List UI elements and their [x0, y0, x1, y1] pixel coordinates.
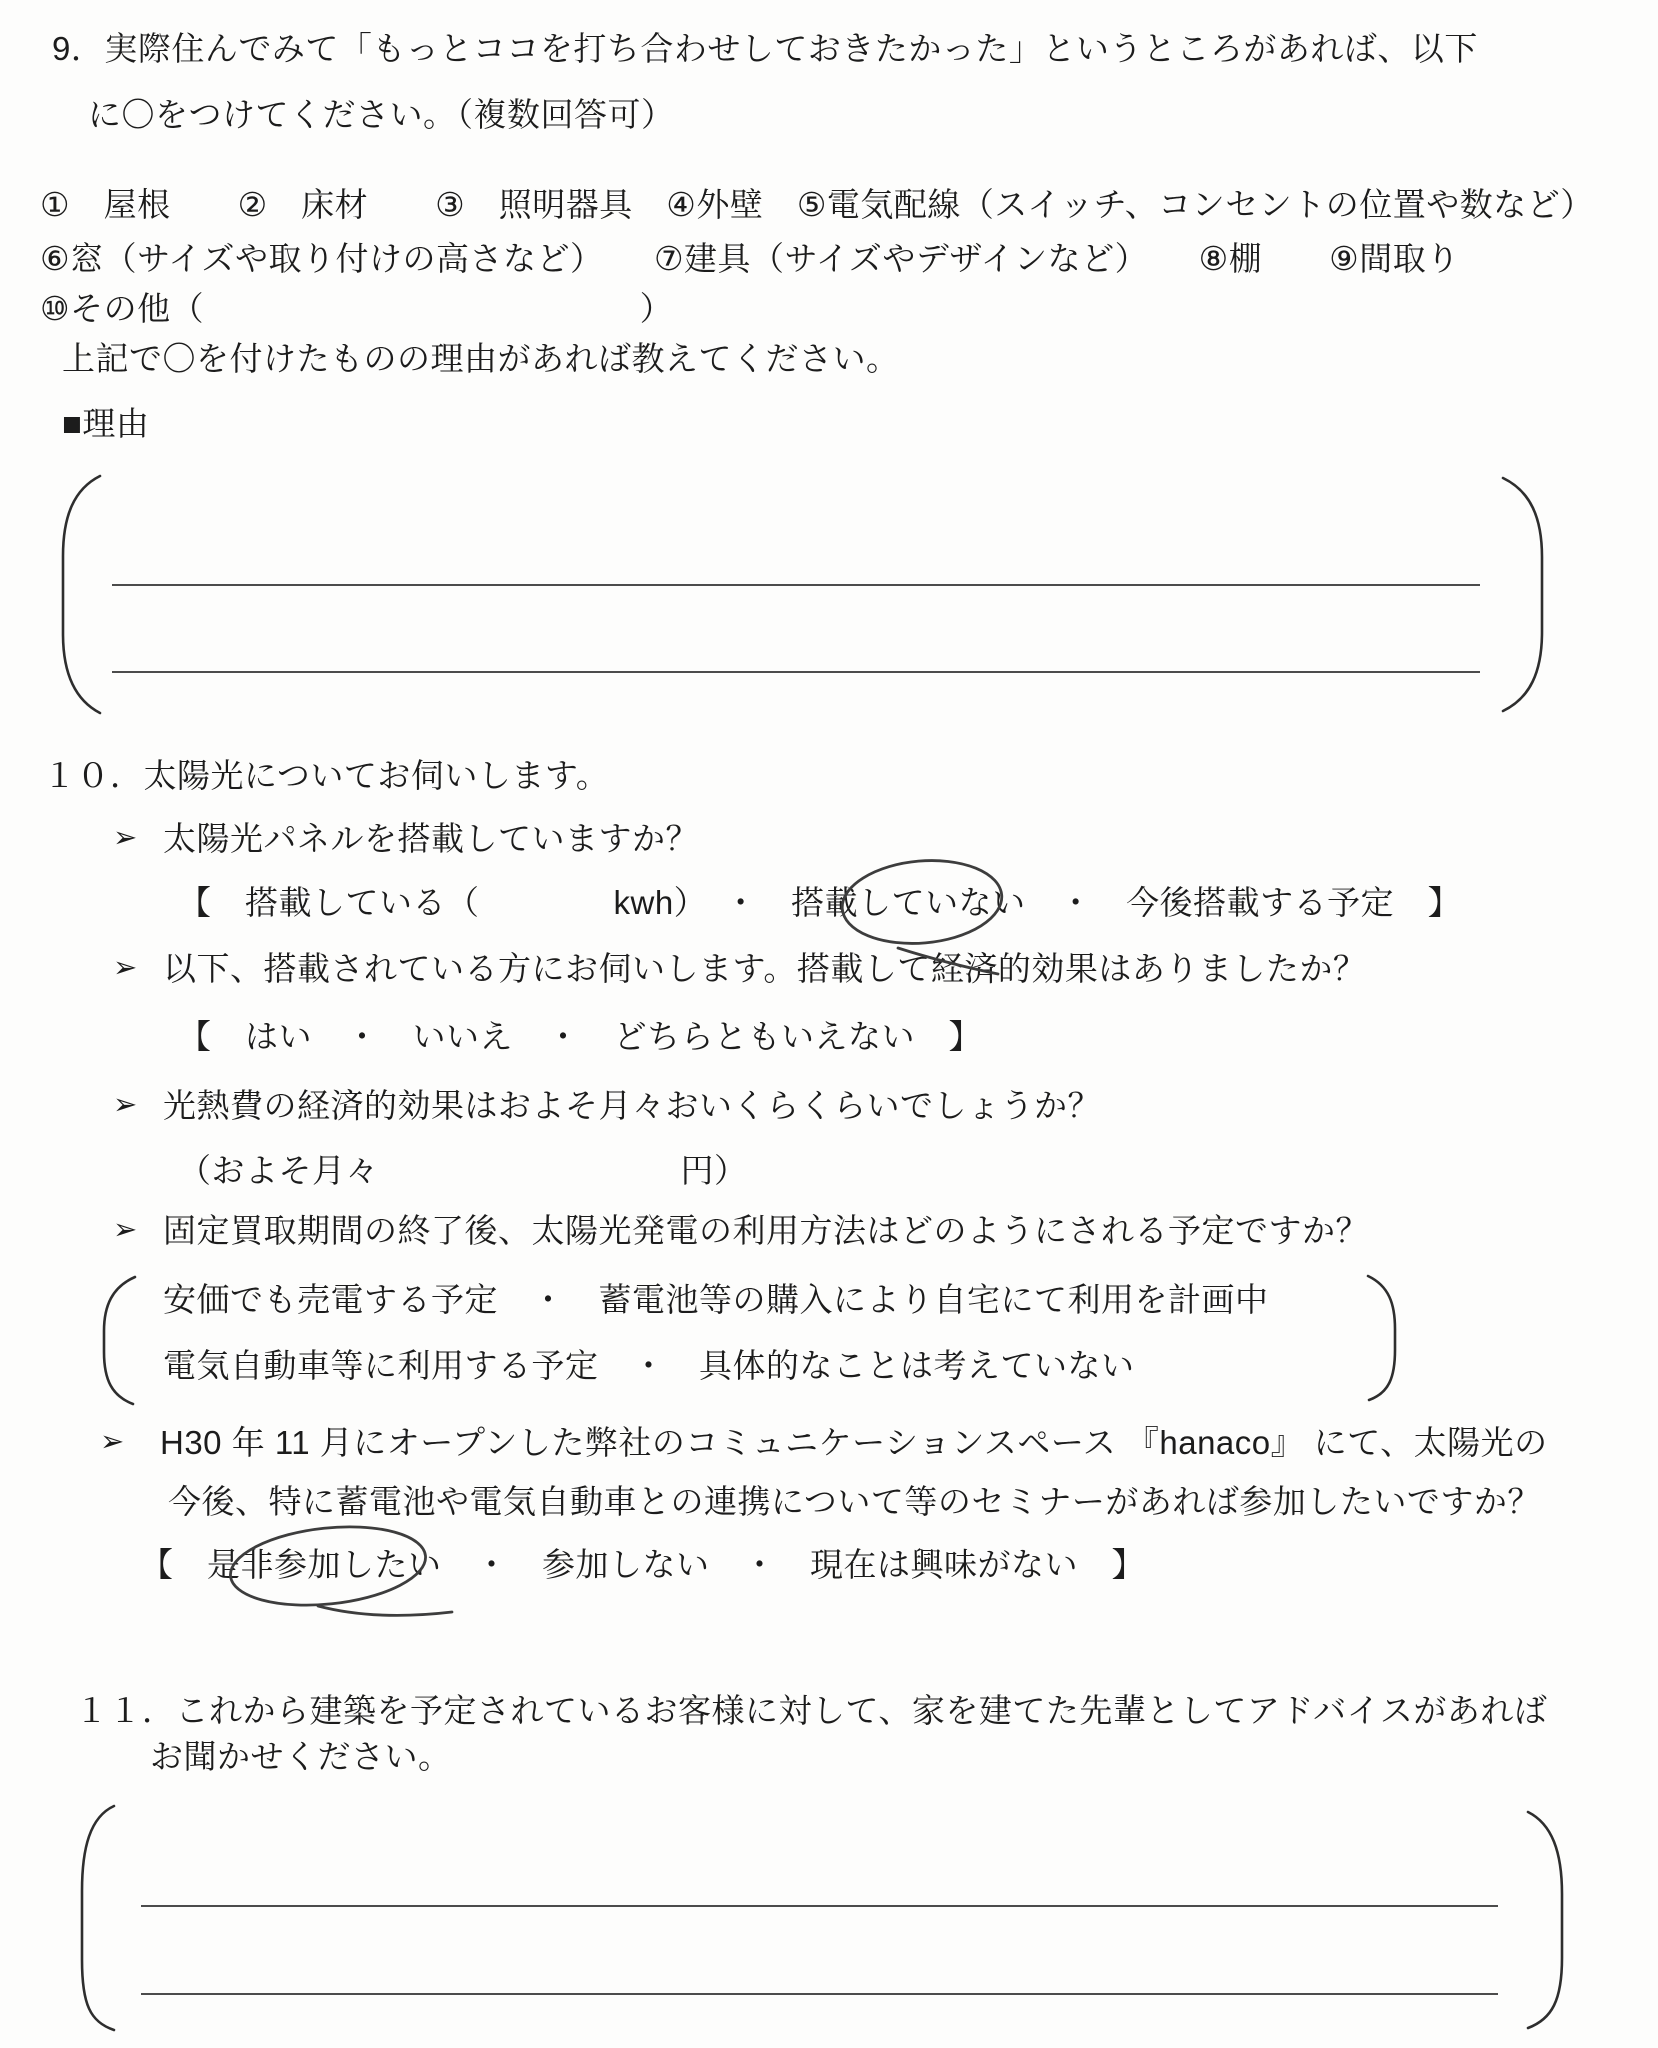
q11-title-line2: お聞かせください。 [150, 1738, 452, 1776]
q11-answer-writing-line-1 [141, 1905, 1498, 1907]
q9-answer-box-right-bracket [1503, 478, 1542, 711]
arrow-bullet-icon: ➢ [113, 824, 137, 853]
q11-answer-box-right-bracket [1528, 1812, 1562, 2028]
q9-options-line3-other: ⑩その他（ ） [40, 290, 673, 328]
q10-item1-question: 太陽光パネルを搭載していますか？ [163, 820, 699, 858]
q10-item4-question: 固定買取期間の終了後、太陽光発電の利用方法はどのようにされる予定ですか？ [163, 1212, 1369, 1250]
q10-item5-question-line2: 今後、特に蓄電池や電気自動車との連携について等のセミナーがあれば参加したいですか… [168, 1483, 1541, 1521]
q10-item5-question-line1: H30 年 11 月にオープンした弊社のコミュニケーションスペース 『hanac… [160, 1424, 1548, 1462]
q10-title: １０．太陽光についてお伺いします。 [43, 757, 609, 795]
q10-item4-option-line1: 安価でも売電する予定 ・ 蓄電池等の購入により自宅にて利用を計画中 [163, 1281, 1269, 1319]
q10-item4-left-bracket [104, 1277, 135, 1404]
q11-answer-writing-line-2 [141, 1993, 1498, 1995]
q9-answer-writing-line-2 [112, 671, 1480, 673]
q11-title-line1: １１．これから建築を予定されているお客様に対して、家を建てた先輩としてアドバイス… [75, 1692, 1547, 1730]
handwritten-circle-want-to-attend-tail [318, 1606, 452, 1615]
arrow-bullet-icon: ➢ [113, 954, 137, 983]
q10-item2-answer-options: 【 はい ・ いいえ ・ どちらともいえない 】 [178, 1018, 982, 1056]
q9-reason-label: ■理由 [62, 405, 149, 443]
q9-answer-writing-line-1 [112, 584, 1480, 586]
q11-answer-box-left-bracket [82, 1806, 114, 2030]
q9-answer-box-left-bracket [63, 476, 100, 713]
q9-title-line1: 9．実際住んでみて「もっとココを打ち合わせしておきたかった」というところがあれば… [52, 30, 1478, 68]
q10-item4-right-bracket [1368, 1276, 1395, 1400]
q9-options-line1: ① 屋根 ② 床材 ③ 照明器具 ④外壁 ⑤電気配線（スイッチ、コンセントの位置… [40, 186, 1594, 224]
arrow-bullet-icon: ➢ [100, 1428, 124, 1457]
q10-item1-answer-options: 【 搭載している（ kwh） ・ 搭載していない ・ 今後搭載する予定 】 [178, 884, 1461, 922]
q10-item3-answer-blank: （およそ月々 円） [178, 1152, 748, 1190]
q10-item4-option-line2: 電気自動車等に利用する予定 ・ 具体的なことは考えていない [163, 1347, 1135, 1385]
q10-item2-question: 以下、搭載されている方にお伺いします。搭載して経済的効果はありましたか？ [163, 950, 1366, 988]
q10-item5-answer-options: 【 是非参加したい ・ 参加しない ・ 現在は興味がない 】 [140, 1546, 1145, 1584]
arrow-bullet-icon: ➢ [113, 1216, 137, 1245]
q9-title-line2: に〇をつけてください。（複数回答可） [88, 96, 675, 134]
q10-item3-question: 光熱費の経済的効果はおよそ月々おいくらくらいでしょうか？ [163, 1087, 1101, 1125]
arrow-bullet-icon: ➢ [113, 1091, 137, 1120]
scanned-survey-page: 9．実際住んでみて「もっとココを打ち合わせしておきたかった」というところがあれば… [0, 0, 1658, 2048]
q9-options-line2: ⑥窓（サイズや取り付けの高さなど） ⑦建具（サイズやデザインなど） ⑧棚 ⑨間取… [40, 240, 1460, 278]
q9-note: 上記で〇を付けたものの理由があれば教えてください。 [62, 340, 900, 378]
